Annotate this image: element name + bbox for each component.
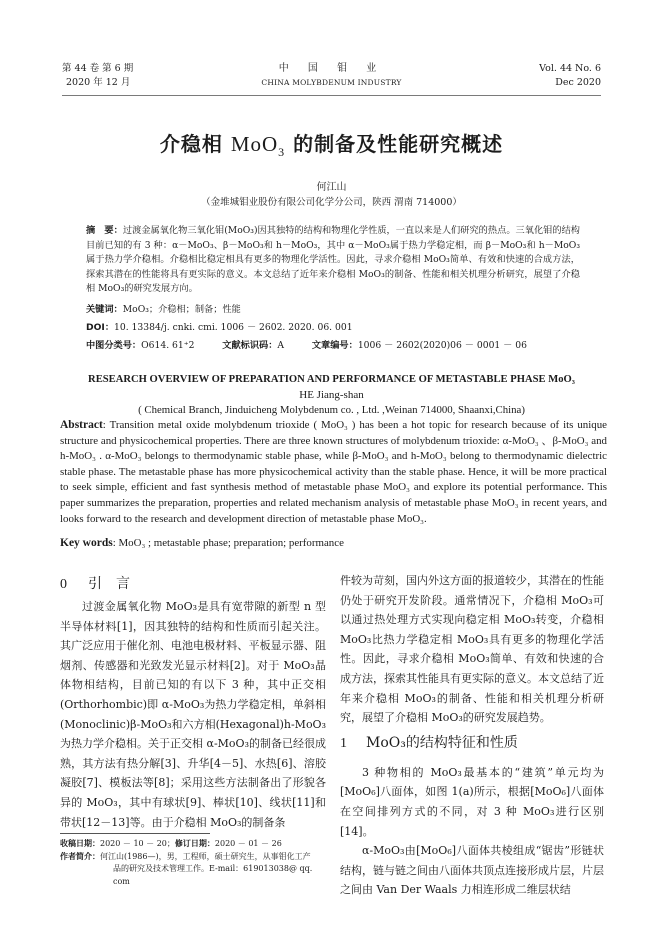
- english-abstract-text: : Transition metal oxide molybdenum trio…: [60, 419, 607, 525]
- bio-label: 作者简介：: [60, 852, 100, 861]
- keywords-cn-text: MoO₃；介稳相；制备；性能: [123, 304, 241, 315]
- left-column: 过渡金属氧化物 MoO₃是具有宽带隙的新型 n 型半导体材料[1]，因其独特的结…: [60, 597, 326, 832]
- section-1-title: MoO₃的结构特征和性质: [366, 735, 518, 751]
- volume-number-en: Vol. 44 No. 6: [539, 62, 601, 76]
- keywords-cn: 关键词：MoO₃；介稳相；制备；性能: [86, 303, 241, 317]
- journal-name: 中 国 钼 业 CHINA MOLYBDENUM INDUSTRY: [62, 62, 601, 90]
- running-header: 第 44 卷 第 6 期 2020 年 12 月 中 国 钼 业 CHINA M…: [62, 62, 601, 96]
- intro-paragraph-continued: 件较为苛刻，国内外这方面的报道较少，其潜在的性能仍处于研究开发阶段。通常情况下，…: [340, 571, 604, 728]
- footnote: 收稿日期：2020 － 10 － 20；修订日期：2020 － 01 － 26 …: [60, 838, 330, 888]
- english-affiliation: ( Chemical Branch, Jinduicheng Molybdenu…: [0, 404, 663, 416]
- section-0-number: 0: [60, 575, 88, 595]
- title-prefix: 介稳相: [160, 132, 231, 156]
- clc-value: O614. 61⁺2: [141, 340, 194, 351]
- english-abstract-label: Abstract: [60, 419, 103, 431]
- doi-link[interactable]: 10. 13384/j. cnki. cmi. 1006 － 2602. 202…: [114, 322, 353, 333]
- english-abstract: Abstract: Transition metal oxide molybde…: [60, 418, 607, 527]
- journal-name-en: CHINA MOLYBDENUM INDUSTRY: [62, 76, 601, 90]
- journal-page: 第 44 卷 第 6 期 2020 年 12 月 中 国 钼 业 CHINA M…: [0, 0, 663, 941]
- article-no-value: 1006 － 2602(2020)06 － 0001 － 06: [358, 340, 527, 351]
- author-affiliation: （金堆城钼业股份有限公司化学分公司，陕西 渭南 714000）: [0, 194, 663, 208]
- doc-code-label: 文献标识码：: [222, 340, 277, 351]
- abstract-cn: 摘 要：过渡金属氧化物三氧化钼(MoO₃)因其独特的结构和物理化学性质，一直以来…: [86, 224, 580, 297]
- english-keywords: Key words: MoO₃ ; metastable phase; prep…: [60, 537, 344, 549]
- article-title: 介稳相 MoO3 的制备及性能研究概述: [0, 128, 663, 157]
- doc-code-value: A: [277, 340, 284, 351]
- journal-name-cn: 中 国 钼 业: [62, 62, 601, 76]
- right-column: 件较为苛刻，国内外这方面的报道较少，其潜在的性能仍处于研究开发阶段。通常情况下，…: [340, 571, 604, 900]
- abstract-cn-text: 过渡金属氧化物三氧化钼(MoO₃)因其独特的结构和物理化学性质，一直以来是人们研…: [86, 225, 580, 294]
- title-formula: MoO: [231, 132, 278, 156]
- revised-label: 修订日期：: [175, 839, 215, 848]
- english-keywords-label: Key words: [60, 537, 113, 549]
- bio-line-2: 品的研究及技术管理工作。E-mail：619013038@ qq. com: [60, 863, 330, 888]
- doi: DOI：10. 13384/j. cnki. cmi. 1006 － 2602.…: [86, 321, 353, 335]
- article-no-label: 文章编号：: [312, 340, 358, 351]
- section-1-paragraph-1: 3 种物相的 MoO₃最基本的“建筑”单元均为[MoO₆]八面体，如图 1(a)…: [340, 763, 604, 841]
- keywords-cn-label: 关键词：: [86, 304, 123, 315]
- received-date: 2020 － 10 － 20；: [100, 839, 175, 848]
- section-0-title: 引言: [88, 576, 144, 592]
- english-title: RESEARCH OVERVIEW OF PREPARATION AND PER…: [50, 374, 613, 385]
- volume-issue-en: Vol. 44 No. 6 Dec 2020: [539, 62, 601, 90]
- section-1-paragraph-2: α-MoO₃由[MoO₆]八面体共棱组成“锯齿”形链状结构，链与链之间由八面体共…: [340, 841, 604, 900]
- footnote-bio: 作者简介：何江山(1986—)，男，工程师，硕士研究生，从事钼化工产: [60, 851, 330, 864]
- issue-date-en: Dec 2020: [539, 76, 601, 90]
- section-1-heading: 1MoO₃的结构特征和性质: [340, 732, 604, 755]
- intro-paragraph: 过渡金属氧化物 MoO₃是具有宽带隙的新型 n 型半导体材料[1]，因其独特的结…: [60, 597, 326, 832]
- received-label: 收稿日期：: [60, 839, 100, 848]
- author-name: 何江山: [0, 178, 663, 193]
- classification-line: 中图分类号：O614. 61⁺2 文献标识码：A 文章编号：1006 － 260…: [86, 339, 527, 353]
- footnote-divider: [60, 833, 210, 834]
- revised-date: 2020 － 01 － 26: [215, 839, 282, 848]
- english-author: HE Jiang-shan: [0, 389, 663, 401]
- doi-label: DOI：: [86, 322, 114, 333]
- bio-line-1: 何江山(1986—)，男，工程师，硕士研究生，从事钼化工产: [100, 852, 311, 861]
- section-0-heading: 0引言: [60, 574, 144, 595]
- english-keywords-text: : MoO₃ ; metastable phase; preparation; …: [113, 537, 344, 549]
- section-1-number: 1: [340, 733, 366, 755]
- abstract-cn-label: 摘 要：: [86, 225, 123, 236]
- clc-label: 中图分类号：: [86, 340, 141, 351]
- title-suffix: 的制备及性能研究概述: [285, 132, 503, 156]
- footnote-dates: 收稿日期：2020 － 10 － 20；修订日期：2020 － 01 － 26: [60, 838, 330, 851]
